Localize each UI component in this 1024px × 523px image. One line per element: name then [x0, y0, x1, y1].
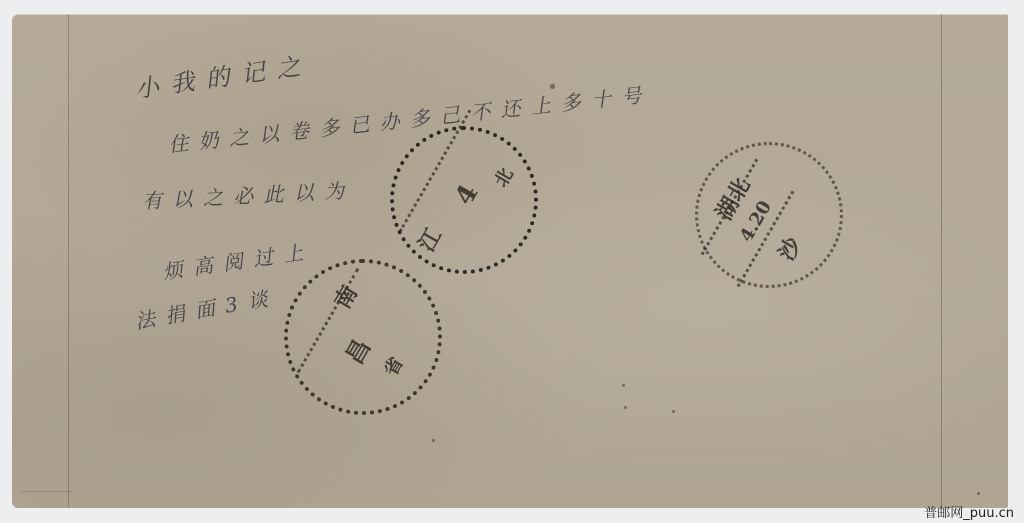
postmark-text: 北: [487, 163, 519, 192]
postmark-text: 江: [410, 222, 448, 257]
postmark-text: 沙: [770, 231, 808, 266]
ink-speck: [977, 492, 980, 495]
bottom-flap-edge: [22, 491, 72, 504]
ink-speck: [672, 410, 675, 413]
ink-speck: [624, 406, 627, 409]
left-fold-line: [68, 14, 69, 508]
handwriting-line: 烦 高 阅 过 上: [161, 236, 307, 285]
handwriting-line: 有 以 之 必 此 以 为: [141, 175, 346, 215]
handwriting-line: 法 捐 面 3 谈: [133, 282, 272, 334]
handwriting-line: 住 奶 之 以 卷 多 已 办 多 己 不 还 上 多 十 号: [167, 79, 645, 158]
handwriting-line: 小 我 的 记 之: [132, 46, 304, 104]
postmark-text: 昌: [335, 331, 377, 369]
right-fold-line: [941, 14, 942, 508]
watermark: 普邮网_puu.cn: [924, 502, 1014, 521]
postmark-right: 湖北 4.20 沙: [695, 142, 843, 288]
ink-speck: [622, 384, 625, 387]
postmark-text: 省: [377, 352, 409, 381]
postmark-center: 江 4 北: [390, 126, 538, 274]
postmark-left: 南 昌 省: [284, 259, 442, 415]
ink-speck: [432, 439, 435, 442]
envelope: 小 我 的 记 之 住 奶 之 以 卷 多 已 办 多 己 不 还 上 多 十 …: [12, 14, 1008, 508]
postmark-text: 4: [450, 180, 485, 211]
